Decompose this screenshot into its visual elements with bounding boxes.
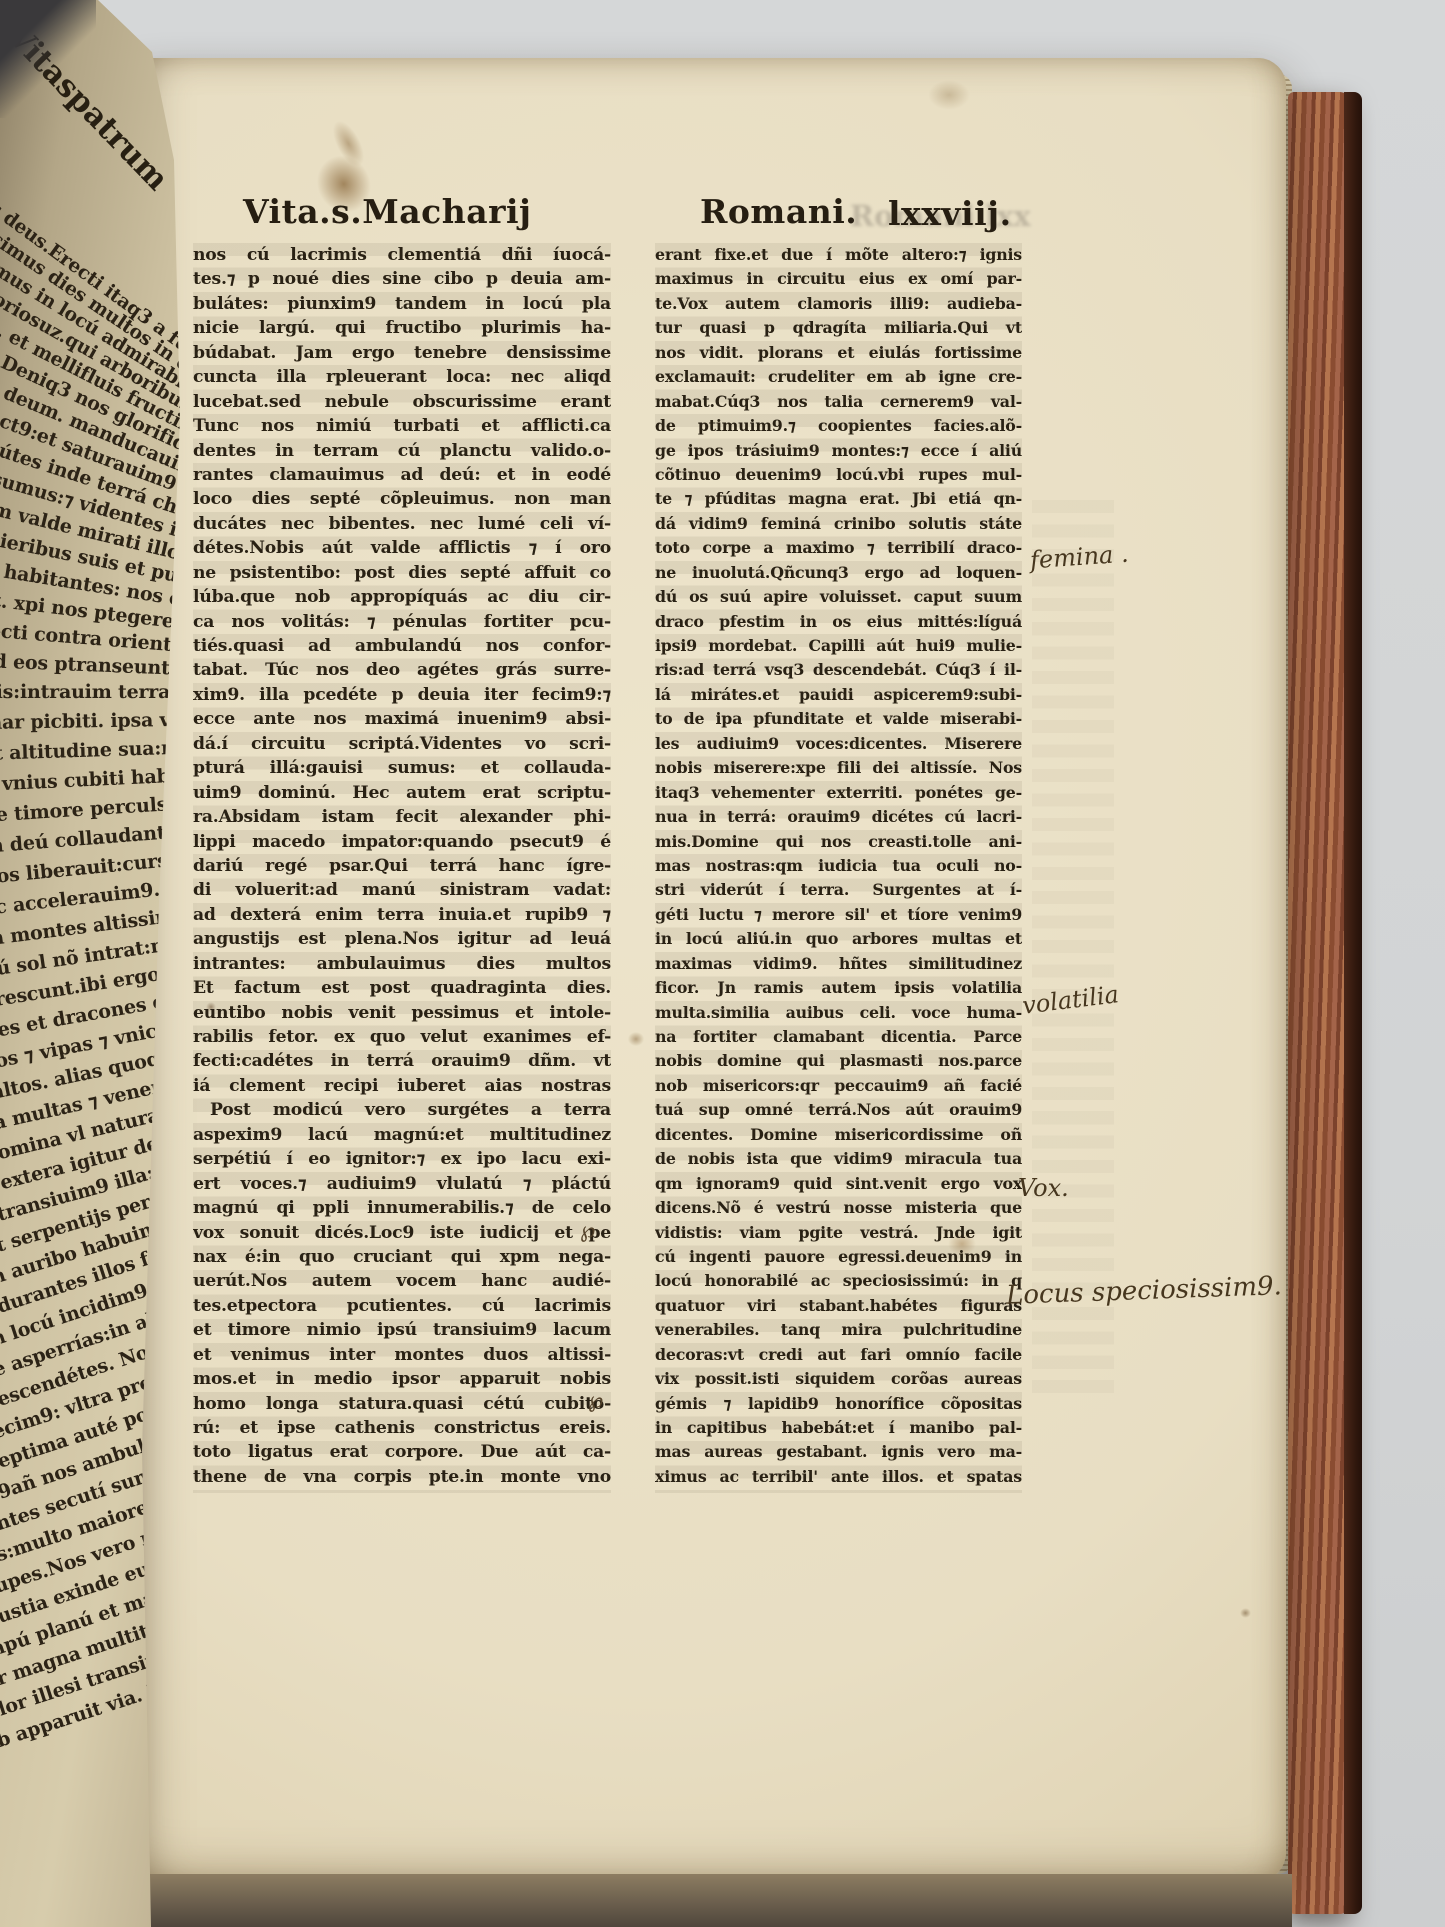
print-line: xim9. illa pcedéte p deuia iter fecim9:⁊	[193, 683, 611, 707]
print-line: serpétiú í eo ignitor:⁊ ex ipo lacu exi-	[193, 1147, 611, 1171]
print-line: maximas vidim9. hñtes similitudinez	[655, 952, 1022, 976]
print-line: dá.í circuitu scriptá.Videntes vo scri-	[193, 732, 611, 756]
print-line: ca nos volitás: ⁊ pénulas fortiter pcu-	[193, 610, 611, 634]
print-line: venerabiles. tanq mira pulchritudine	[655, 1318, 1022, 1342]
print-line: dentes in terram cú planctu valido.o-	[193, 439, 611, 463]
print-line: iá clement recipi iuberet aias nostras	[193, 1074, 611, 1098]
print-line: multa.similia auibus celi. voce huma-	[655, 1001, 1022, 1025]
print-line: exclamauit: crudeliter em ab igne cre-	[655, 365, 1022, 389]
print-line: vox sonuit dicés.Loc9 iste iudicij et pe	[193, 1221, 611, 1245]
page-bottom-shadow	[96, 1874, 1292, 1927]
print-line: mos.et in medio ipsor apparuit nobis	[193, 1367, 611, 1391]
print-line: thene de vna corpis pte.in monte vno	[193, 1465, 611, 1489]
book-board-edge	[1344, 92, 1362, 1914]
print-line: te.Vox autem clamoris illi9: audieba-	[655, 292, 1022, 316]
print-line: angustijs est plena.Nos igitur ad leuá	[193, 927, 611, 951]
print-line: lúba.que nob appropíquás ac diu cir-	[193, 585, 611, 609]
right-text-column: erant fixe.et due í mõte altero:⁊ ignism…	[655, 243, 1022, 1489]
print-line: ipsi9 mordebat. Capilli aút hui9 mulie-	[655, 634, 1022, 658]
print-line: búdabat. Jam ergo tenebre densissime	[193, 341, 611, 365]
print-line: euntibo nobis venit pessimus et intole-	[193, 1001, 611, 1025]
print-line: géti luctu ⁊ merore sil' et tíore venim9	[655, 903, 1022, 927]
previous-leaf-line: et altitudine sua:non po	[0, 735, 190, 765]
print-line: decoras:vt credi aut fari omnío facile	[655, 1343, 1022, 1367]
print-line: fecti:cadétes in terrá orauim9 dñm. vt	[193, 1049, 611, 1073]
corner-shadow	[0, 0, 96, 118]
print-line: ducátes nec bibentes. nec lumé celi ví-	[193, 512, 611, 536]
left-text-column: nos cú lacrimis clementiá dñi íuocá-tes.…	[193, 243, 611, 1489]
print-line: et venimus inter montes duos altissi-	[193, 1343, 611, 1367]
previous-leaf-line: nis:intrauim terram gla	[0, 681, 190, 703]
previous-leaf-line: 9 vnius cubiti habebat. cú	[0, 761, 190, 796]
print-line: ne inuolutá.Qñcunq3 ergo ad loquen-	[655, 561, 1022, 585]
print-line: mas nostras:qm iudicia tua oculi no-	[655, 854, 1022, 878]
print-line: lá mirátes.et pauidi aspicerem9:subi-	[655, 683, 1022, 707]
print-line: tes.etpectora pcutientes. cú lacrimis	[193, 1294, 611, 1318]
print-line: quatuor viri stabant.habétes figuras	[655, 1294, 1022, 1318]
print-line: tiés.quasi ad ambulandú nos confor-	[193, 634, 611, 658]
print-line: in capitibus habebát:et í manibo pal-	[655, 1416, 1022, 1440]
book-board	[1288, 92, 1350, 1914]
print-line: Et factum est post quadraginta dies.	[193, 976, 611, 1000]
marginal-note-vox: Vox.	[1018, 1174, 1069, 1202]
print-line: stri viderút í terra. Surgentes at í-	[655, 878, 1022, 902]
print-line: de nobis ista que vidim9 miracula tua	[655, 1147, 1022, 1171]
print-line: dariú regé psar.Qui terrá hanc ígre-	[193, 854, 611, 878]
folio-number: lxxviij.	[888, 194, 1012, 233]
print-line: nos vidit. plorans et eiulás fortissime	[655, 341, 1022, 365]
print-line: cú ingenti pauore egressi.deuenim9 in	[655, 1245, 1022, 1269]
print-line: magnú qi ppli innumerabilis.⁊ de celo	[193, 1196, 611, 1220]
print-line: mabat.Cúq3 nos talia cernerem9 val-	[655, 390, 1022, 414]
print-line: ra.Absidam istam fecit alexander phi-	[193, 805, 611, 829]
print-line: mis.Domine qui nos creasti.tolle ani-	[655, 830, 1022, 854]
print-line: Tunc nos nimiú turbati et afflicti.ca	[193, 414, 611, 438]
print-line: maximus in circuitu eius ex omí par-	[655, 267, 1022, 291]
print-line: ge ipos trásiuim9 montes:⁊ ecce í aliú	[655, 439, 1022, 463]
print-line: vix possit.isti siquidem corõas aureas	[655, 1367, 1022, 1391]
print-line: tes.⁊ p noué dies sine cibo p deuia am-	[193, 267, 611, 291]
print-line: dú os suú apire voluisset. caput suum	[655, 585, 1022, 609]
print-line: in locú aliú.in quo arbores multas et	[655, 927, 1022, 951]
print-line: uerút.Nos autem vocem hanc audié-	[193, 1269, 611, 1293]
print-line: dicentes. Domine misericordissime oñ	[655, 1123, 1022, 1147]
print-line: de ptimuim9.⁊ coopientes facies.alõ-	[655, 414, 1022, 438]
print-line: ad dexterá enim terra inuia.et rupib9 ⁊	[193, 903, 611, 927]
print-line: aspexim9 lacú magnú:et multitudinez	[193, 1123, 611, 1147]
print-line: ficor. Jn ramis autem ipsis volatilia	[655, 976, 1022, 1000]
print-line: nos cú lacrimis clementiá dñi íuocá-	[193, 243, 611, 267]
running-header-right: Romani.	[700, 192, 857, 231]
print-line: ecce ante nos maximá inuenim9 absi-	[193, 707, 611, 731]
gutter-pen-mark: ℘	[580, 1218, 595, 1243]
print-line: to de ipa pfunditate et valde miserabi-	[655, 707, 1022, 731]
book-photograph: Vita.s.Macharij Romani. Romani lxx lxxvi…	[0, 0, 1445, 1927]
print-line: cuncta illa rpleuerant loca: nec aliqd	[193, 365, 611, 389]
print-line: draco pfestim in os eius mittés:líguá	[655, 610, 1022, 634]
print-line: itaq3 vehementer exterriti. ponétes ge-	[655, 781, 1022, 805]
print-line: ximus ac terribil' ante illos. et spatas	[655, 1465, 1022, 1489]
print-line: Post modicú vero surgétes a terra	[193, 1098, 611, 1122]
print-line: homo longa statura.quasi cétú cubito-	[193, 1392, 611, 1416]
print-line: les audiuim9 voces:dicentes. Miserere	[655, 732, 1022, 756]
print-line: erant fixe.et due í mõte altero:⁊ ignis	[655, 243, 1022, 267]
print-line: toto corpe a maximo ⁊ terribilí draco-	[655, 536, 1022, 560]
print-line: gémis ⁊ lapidib9 honorífice cõpositas	[655, 1392, 1022, 1416]
print-line: nua in terrá: orauim9 dicétes cú lacri-	[655, 805, 1022, 829]
print-line: cõtinuo deuenim9 locú.vbi rupes mul-	[655, 463, 1022, 487]
print-line: et timore nimio ipsú transiuim9 lacum	[193, 1318, 611, 1342]
print-line: te ⁊ pfúditas magna erat. Jbi etiá qn-	[655, 487, 1022, 511]
print-line: bulátes: piunxim9 tandem in locú pla	[193, 292, 611, 316]
print-line: pturá illá:gauisi sumus: et collauda-	[193, 756, 611, 780]
print-line: nicie largú. qui fructibo plurimis ha-	[193, 316, 611, 340]
print-line: nobis domine qui plasmasti nos.parce	[655, 1049, 1022, 1073]
print-line: dicens.Nõ é vestrú nosse misteria que	[655, 1196, 1022, 1220]
gutter-pen-mark: ℘	[588, 1388, 603, 1413]
print-line: lucebat.sed nebule obscurissime erant	[193, 390, 611, 414]
running-header-left: Vita.s.Macharij	[243, 192, 531, 231]
print-line: rantes clamauimus ad deú: et in eodé	[193, 463, 611, 487]
print-line: mas aureas gestabant. ignis vero ma-	[655, 1440, 1022, 1464]
print-line: tuá sup omné terrá.Nos aút orauim9	[655, 1098, 1022, 1122]
print-line: ris:ad terrá vsq3 descendebát. Cúq3 í il…	[655, 658, 1022, 682]
print-line: dá vidim9 feminá crinibo solutis státe	[655, 512, 1022, 536]
print-line: nob misericors:qr peccauim9 añ facié	[655, 1074, 1022, 1098]
print-line: vidistis: viam pgite vestrá. Jnde igit	[655, 1221, 1022, 1245]
print-line: locú honorabilé ac speciosissimú: in q	[655, 1269, 1022, 1293]
print-line: tabat. Túc nos deo agétes grás surre-	[193, 658, 611, 682]
print-line: détes.Nobis aút valde afflictis ⁊ í oro	[193, 536, 611, 560]
print-line: uim9 dominú. Hec autem erat scriptu-	[193, 781, 611, 805]
print-line: qm ignoram9 quid sint.venit ergo vox	[655, 1172, 1022, 1196]
print-line: loco dies septé cõpleuimus. non man	[193, 487, 611, 511]
print-line: na fortiter clamabant dicentia. Parce	[655, 1025, 1022, 1049]
print-line: lippi macedo impator:quando psecut9 é	[193, 830, 611, 854]
print-line: nobis miserere:xpe fili dei altissíe. No…	[655, 756, 1022, 780]
print-line: ert voces.⁊ audiuim9 vlulatú ⁊ pláctú	[193, 1172, 611, 1196]
print-line: rú: et ipse cathenis constrictus ereis.	[193, 1416, 611, 1440]
print-line: di voluerit:ad manú sinistram vadat:	[193, 878, 611, 902]
print-line: intrantes: ambulauimus dies multos	[193, 952, 611, 976]
print-line: ne psistentibo: post dies septé affuit c…	[193, 561, 611, 585]
print-line: toto ligatus erat corpore. Due aút ca-	[193, 1440, 611, 1464]
print-line: nax é:in quo cruciant qui xpm nega-	[193, 1245, 611, 1269]
print-line: rabilis fetor. ex quo velut exanimes ef-	[193, 1025, 611, 1049]
previous-leaf-line: mar picbiti. ipsa vero ge	[0, 708, 190, 734]
print-line: tur quasi p qdragíta miliaria.Qui vt	[655, 316, 1022, 340]
